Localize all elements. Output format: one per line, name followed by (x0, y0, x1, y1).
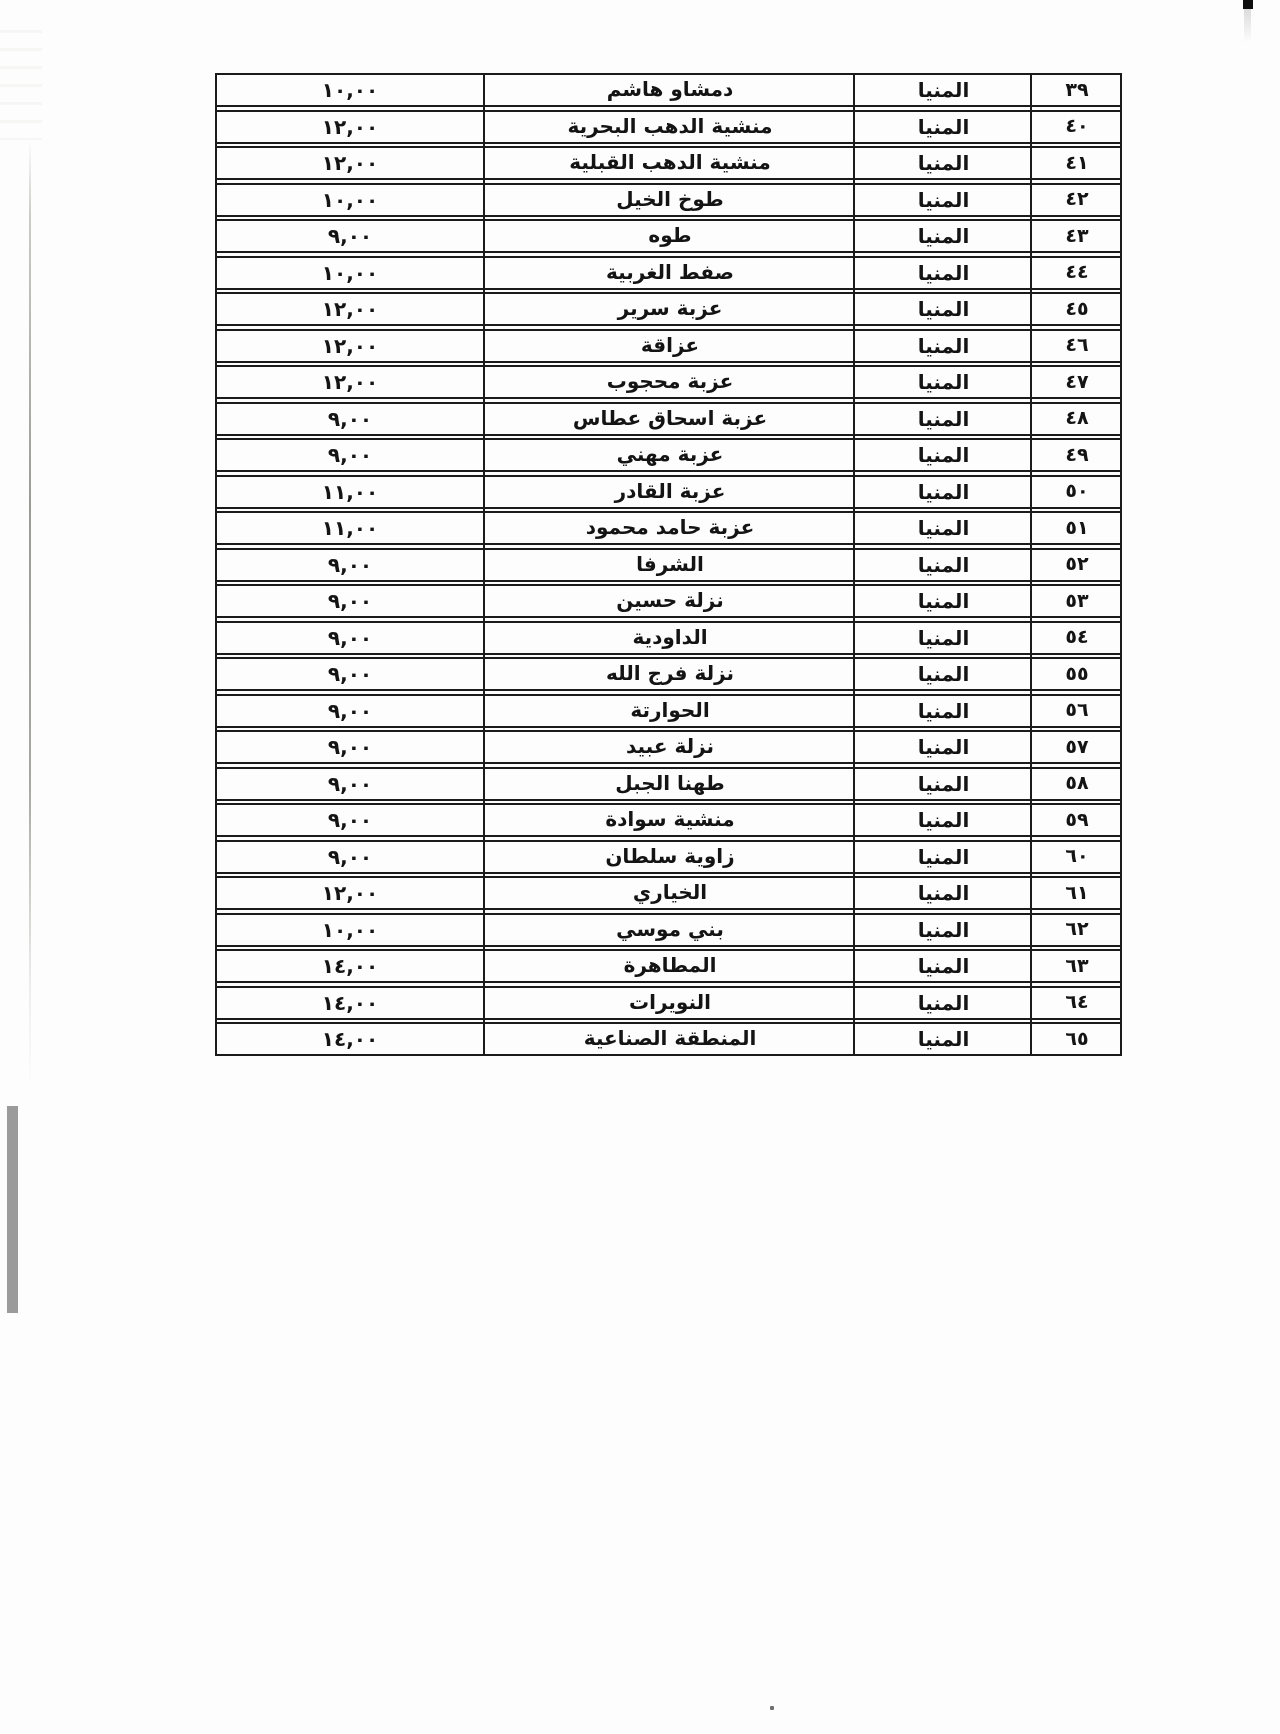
table-row: ٥٣ المنيا نزلة حسين ٩,٠٠ (215, 584, 1122, 618)
value-cell: ١٢,٠٠ (215, 878, 485, 908)
scan-edge-gray-bar (7, 1106, 18, 1313)
value-cell: ١٢,٠٠ (215, 148, 485, 178)
row-number-cell: ٤٦ (1032, 331, 1122, 361)
locality-name-cell: عزبة سرير (485, 294, 855, 324)
locality-name-cell: منشية الدهب البحرية (485, 112, 855, 142)
governorate-cell: المنيا (855, 732, 1032, 762)
row-number-cell: ٥٦ (1032, 696, 1122, 726)
locality-name-cell: زاوية سلطان (485, 842, 855, 872)
governorate-cell: المنيا (855, 294, 1032, 324)
table-row: ٤٥ المنيا عزبة سرير ١٢,٠٠ (215, 292, 1122, 326)
locality-name-cell: طوخ الخيل (485, 185, 855, 215)
governorate-cell: المنيا (855, 367, 1032, 397)
value-cell: ١٤,٠٠ (215, 1024, 485, 1054)
locality-name-cell: منشية سوادة (485, 805, 855, 835)
governorate-cell: المنيا (855, 440, 1032, 470)
row-number-cell: ٦٥ (1032, 1024, 1122, 1054)
value-cell: ١٤,٠٠ (215, 988, 485, 1018)
governorate-cell: المنيا (855, 988, 1032, 1018)
value-cell: ٩,٠٠ (215, 805, 485, 835)
row-number-cell: ٤٧ (1032, 367, 1122, 397)
value-cell: ٩,٠٠ (215, 440, 485, 470)
row-number-cell: ٦٢ (1032, 915, 1122, 945)
governorate-cell: المنيا (855, 1024, 1032, 1054)
governorate-cell: المنيا (855, 769, 1032, 799)
row-number-cell: ٤٨ (1032, 404, 1122, 434)
table-row: ٤٧ المنيا عزبة محجوب ١٢,٠٠ (215, 365, 1122, 399)
table-row: ٦٢ المنيا بني موسي ١٠,٠٠ (215, 913, 1122, 947)
scan-corner-mark (1243, 0, 1253, 9)
value-cell: ٩,٠٠ (215, 769, 485, 799)
governorate-cell: المنيا (855, 148, 1032, 178)
value-cell: ١٢,٠٠ (215, 294, 485, 324)
governorate-cell: المنيا (855, 659, 1032, 689)
table-row: ٦١ المنيا الخياري ١٢,٠٠ (215, 876, 1122, 910)
locality-name-cell: عزبة مهني (485, 440, 855, 470)
row-number-cell: ٣٩ (1032, 75, 1122, 105)
row-number-cell: ٤٥ (1032, 294, 1122, 324)
value-cell: ١٤,٠٠ (215, 951, 485, 981)
table-row: ٥١ المنيا عزبة حامد محمود ١١,٠٠ (215, 511, 1122, 545)
locality-name-cell: نزلة عبيد (485, 732, 855, 762)
governorate-cell: المنيا (855, 550, 1032, 580)
localities-table: ٣٩ المنيا دمشاو هاشم ١٠,٠٠ ٤٠ المنيا منش… (215, 73, 1122, 1059)
table-row: ٥٠ المنيا عزبة القادر ١١,٠٠ (215, 475, 1122, 509)
table-left-border (215, 73, 217, 1056)
value-cell: ٩,٠٠ (215, 404, 485, 434)
governorate-cell: المنيا (855, 805, 1032, 835)
value-cell: ١١,٠٠ (215, 477, 485, 507)
table-row: ٥٨ المنيا طهنا الجبل ٩,٠٠ (215, 767, 1122, 801)
locality-name-cell: الداودية (485, 623, 855, 653)
scan-ink-speck (770, 1706, 774, 1710)
governorate-cell: المنيا (855, 258, 1032, 288)
value-cell: ١١,٠٠ (215, 513, 485, 543)
locality-name-cell: عزبة القادر (485, 477, 855, 507)
value-cell: ١٢,٠٠ (215, 331, 485, 361)
governorate-cell: المنيا (855, 915, 1032, 945)
locality-name-cell: نزلة حسين (485, 586, 855, 616)
value-cell: ١٠,٠٠ (215, 75, 485, 105)
row-number-cell: ٥١ (1032, 513, 1122, 543)
value-cell: ١٢,٠٠ (215, 112, 485, 142)
value-cell: ٩,٠٠ (215, 842, 485, 872)
table-row: ٣٩ المنيا دمشاو هاشم ١٠,٠٠ (215, 73, 1122, 107)
row-number-cell: ٥٨ (1032, 769, 1122, 799)
locality-name-cell: عزبة اسحاق عطاس (485, 404, 855, 434)
value-cell: ٩,٠٠ (215, 623, 485, 653)
row-number-cell: ٤٠ (1032, 112, 1122, 142)
row-number-cell: ٥٣ (1032, 586, 1122, 616)
governorate-cell: المنيا (855, 477, 1032, 507)
governorate-cell: المنيا (855, 185, 1032, 215)
locality-name-cell: الشرفا (485, 550, 855, 580)
governorate-cell: المنيا (855, 513, 1032, 543)
locality-name-cell: النويرات (485, 988, 855, 1018)
table-row: ٥٢ المنيا الشرفا ٩,٠٠ (215, 548, 1122, 582)
localities-table-rows: ٣٩ المنيا دمشاو هاشم ١٠,٠٠ ٤٠ المنيا منش… (215, 73, 1122, 1056)
table-row: ٤٤ المنيا صفط الغربية ١٠,٠٠ (215, 256, 1122, 290)
table-row: ٤٢ المنيا طوخ الخيل ١٠,٠٠ (215, 183, 1122, 217)
table-row: ٤٣ المنيا طوه ٩,٠٠ (215, 219, 1122, 253)
table-divider-governorate (853, 73, 855, 1056)
row-number-cell: ٦٠ (1032, 842, 1122, 872)
table-right-border (1120, 73, 1122, 1056)
table-row: ٤٠ المنيا منشية الدهب البحرية ١٢,٠٠ (215, 110, 1122, 144)
locality-name-cell: بني موسي (485, 915, 855, 945)
governorate-cell: المنيا (855, 586, 1032, 616)
table-row: ٦٣ المنيا المطاهرة ١٤,٠٠ (215, 949, 1122, 983)
governorate-cell: المنيا (855, 331, 1032, 361)
table-row: ٦٠ المنيا زاوية سلطان ٩,٠٠ (215, 840, 1122, 874)
row-number-cell: ٥٠ (1032, 477, 1122, 507)
governorate-cell: المنيا (855, 951, 1032, 981)
locality-name-cell: الخياري (485, 878, 855, 908)
locality-name-cell: صفط الغربية (485, 258, 855, 288)
row-number-cell: ٥٤ (1032, 623, 1122, 653)
locality-name-cell: دمشاو هاشم (485, 75, 855, 105)
table-row: ٤١ المنيا منشية الدهب القبلية ١٢,٠٠ (215, 146, 1122, 180)
table-row: ٥٥ المنيا نزلة فرج الله ٩,٠٠ (215, 657, 1122, 691)
governorate-cell: المنيا (855, 404, 1032, 434)
governorate-cell: المنيا (855, 623, 1032, 653)
row-number-cell: ٥٥ (1032, 659, 1122, 689)
governorate-cell: المنيا (855, 221, 1032, 251)
table-row: ٥٧ المنيا نزلة عبيد ٩,٠٠ (215, 730, 1122, 764)
table-row: ٥٤ المنيا الداودية ٩,٠٠ (215, 621, 1122, 655)
value-cell: ٩,٠٠ (215, 550, 485, 580)
locality-name-cell: عزبة حامد محمود (485, 513, 855, 543)
table-row: ٥٩ المنيا منشية سوادة ٩,٠٠ (215, 803, 1122, 837)
row-number-cell: ٤١ (1032, 148, 1122, 178)
table-divider-number (1030, 73, 1032, 1056)
value-cell: ١٠,٠٠ (215, 258, 485, 288)
table-row: ٦٤ المنيا النويرات ١٤,٠٠ (215, 986, 1122, 1020)
table-divider-name (483, 73, 485, 1056)
table-row: ٦٥ المنيا المنطقة الصناعية ١٤,٠٠ (215, 1022, 1122, 1056)
governorate-cell: المنيا (855, 112, 1032, 142)
scanned-page: { "document": { "kind": "scanned table p… (0, 0, 1280, 1734)
locality-name-cell: منشية الدهب القبلية (485, 148, 855, 178)
locality-name-cell: طهنا الجبل (485, 769, 855, 799)
locality-name-cell: نزلة فرج الله (485, 659, 855, 689)
row-number-cell: ٦٤ (1032, 988, 1122, 1018)
table-row: ٤٦ المنيا عزاقة ١٢,٠٠ (215, 329, 1122, 363)
value-cell: ٩,٠٠ (215, 586, 485, 616)
table-row: ٤٨ المنيا عزبة اسحاق عطاس ٩,٠٠ (215, 402, 1122, 436)
row-number-cell: ٥٩ (1032, 805, 1122, 835)
value-cell: ٩,٠٠ (215, 659, 485, 689)
locality-name-cell: طوه (485, 221, 855, 251)
row-number-cell: ٥٢ (1032, 550, 1122, 580)
governorate-cell: المنيا (855, 842, 1032, 872)
governorate-cell: المنيا (855, 696, 1032, 726)
table-row: ٤٩ المنيا عزبة مهني ٩,٠٠ (215, 438, 1122, 472)
locality-name-cell: عزبة محجوب (485, 367, 855, 397)
scan-crease-artifact (0, 30, 42, 140)
scan-corner-smudge (1244, 9, 1251, 43)
locality-name-cell: الحوارتة (485, 696, 855, 726)
row-number-cell: ٥٧ (1032, 732, 1122, 762)
row-number-cell: ٤٣ (1032, 221, 1122, 251)
governorate-cell: المنيا (855, 878, 1032, 908)
locality-name-cell: المطاهرة (485, 951, 855, 981)
row-number-cell: ٤٤ (1032, 258, 1122, 288)
locality-name-cell: عزاقة (485, 331, 855, 361)
page-edge-fold-shadow (29, 140, 31, 1090)
locality-name-cell: المنطقة الصناعية (485, 1024, 855, 1054)
value-cell: ١٠,٠٠ (215, 915, 485, 945)
row-number-cell: ٦٣ (1032, 951, 1122, 981)
value-cell: ١٠,٠٠ (215, 185, 485, 215)
row-number-cell: ٦١ (1032, 878, 1122, 908)
value-cell: ٩,٠٠ (215, 732, 485, 762)
value-cell: ٩,٠٠ (215, 696, 485, 726)
governorate-cell: المنيا (855, 75, 1032, 105)
table-row: ٥٦ المنيا الحوارتة ٩,٠٠ (215, 694, 1122, 728)
value-cell: ١٢,٠٠ (215, 367, 485, 397)
row-number-cell: ٤٩ (1032, 440, 1122, 470)
row-number-cell: ٤٢ (1032, 185, 1122, 215)
value-cell: ٩,٠٠ (215, 221, 485, 251)
